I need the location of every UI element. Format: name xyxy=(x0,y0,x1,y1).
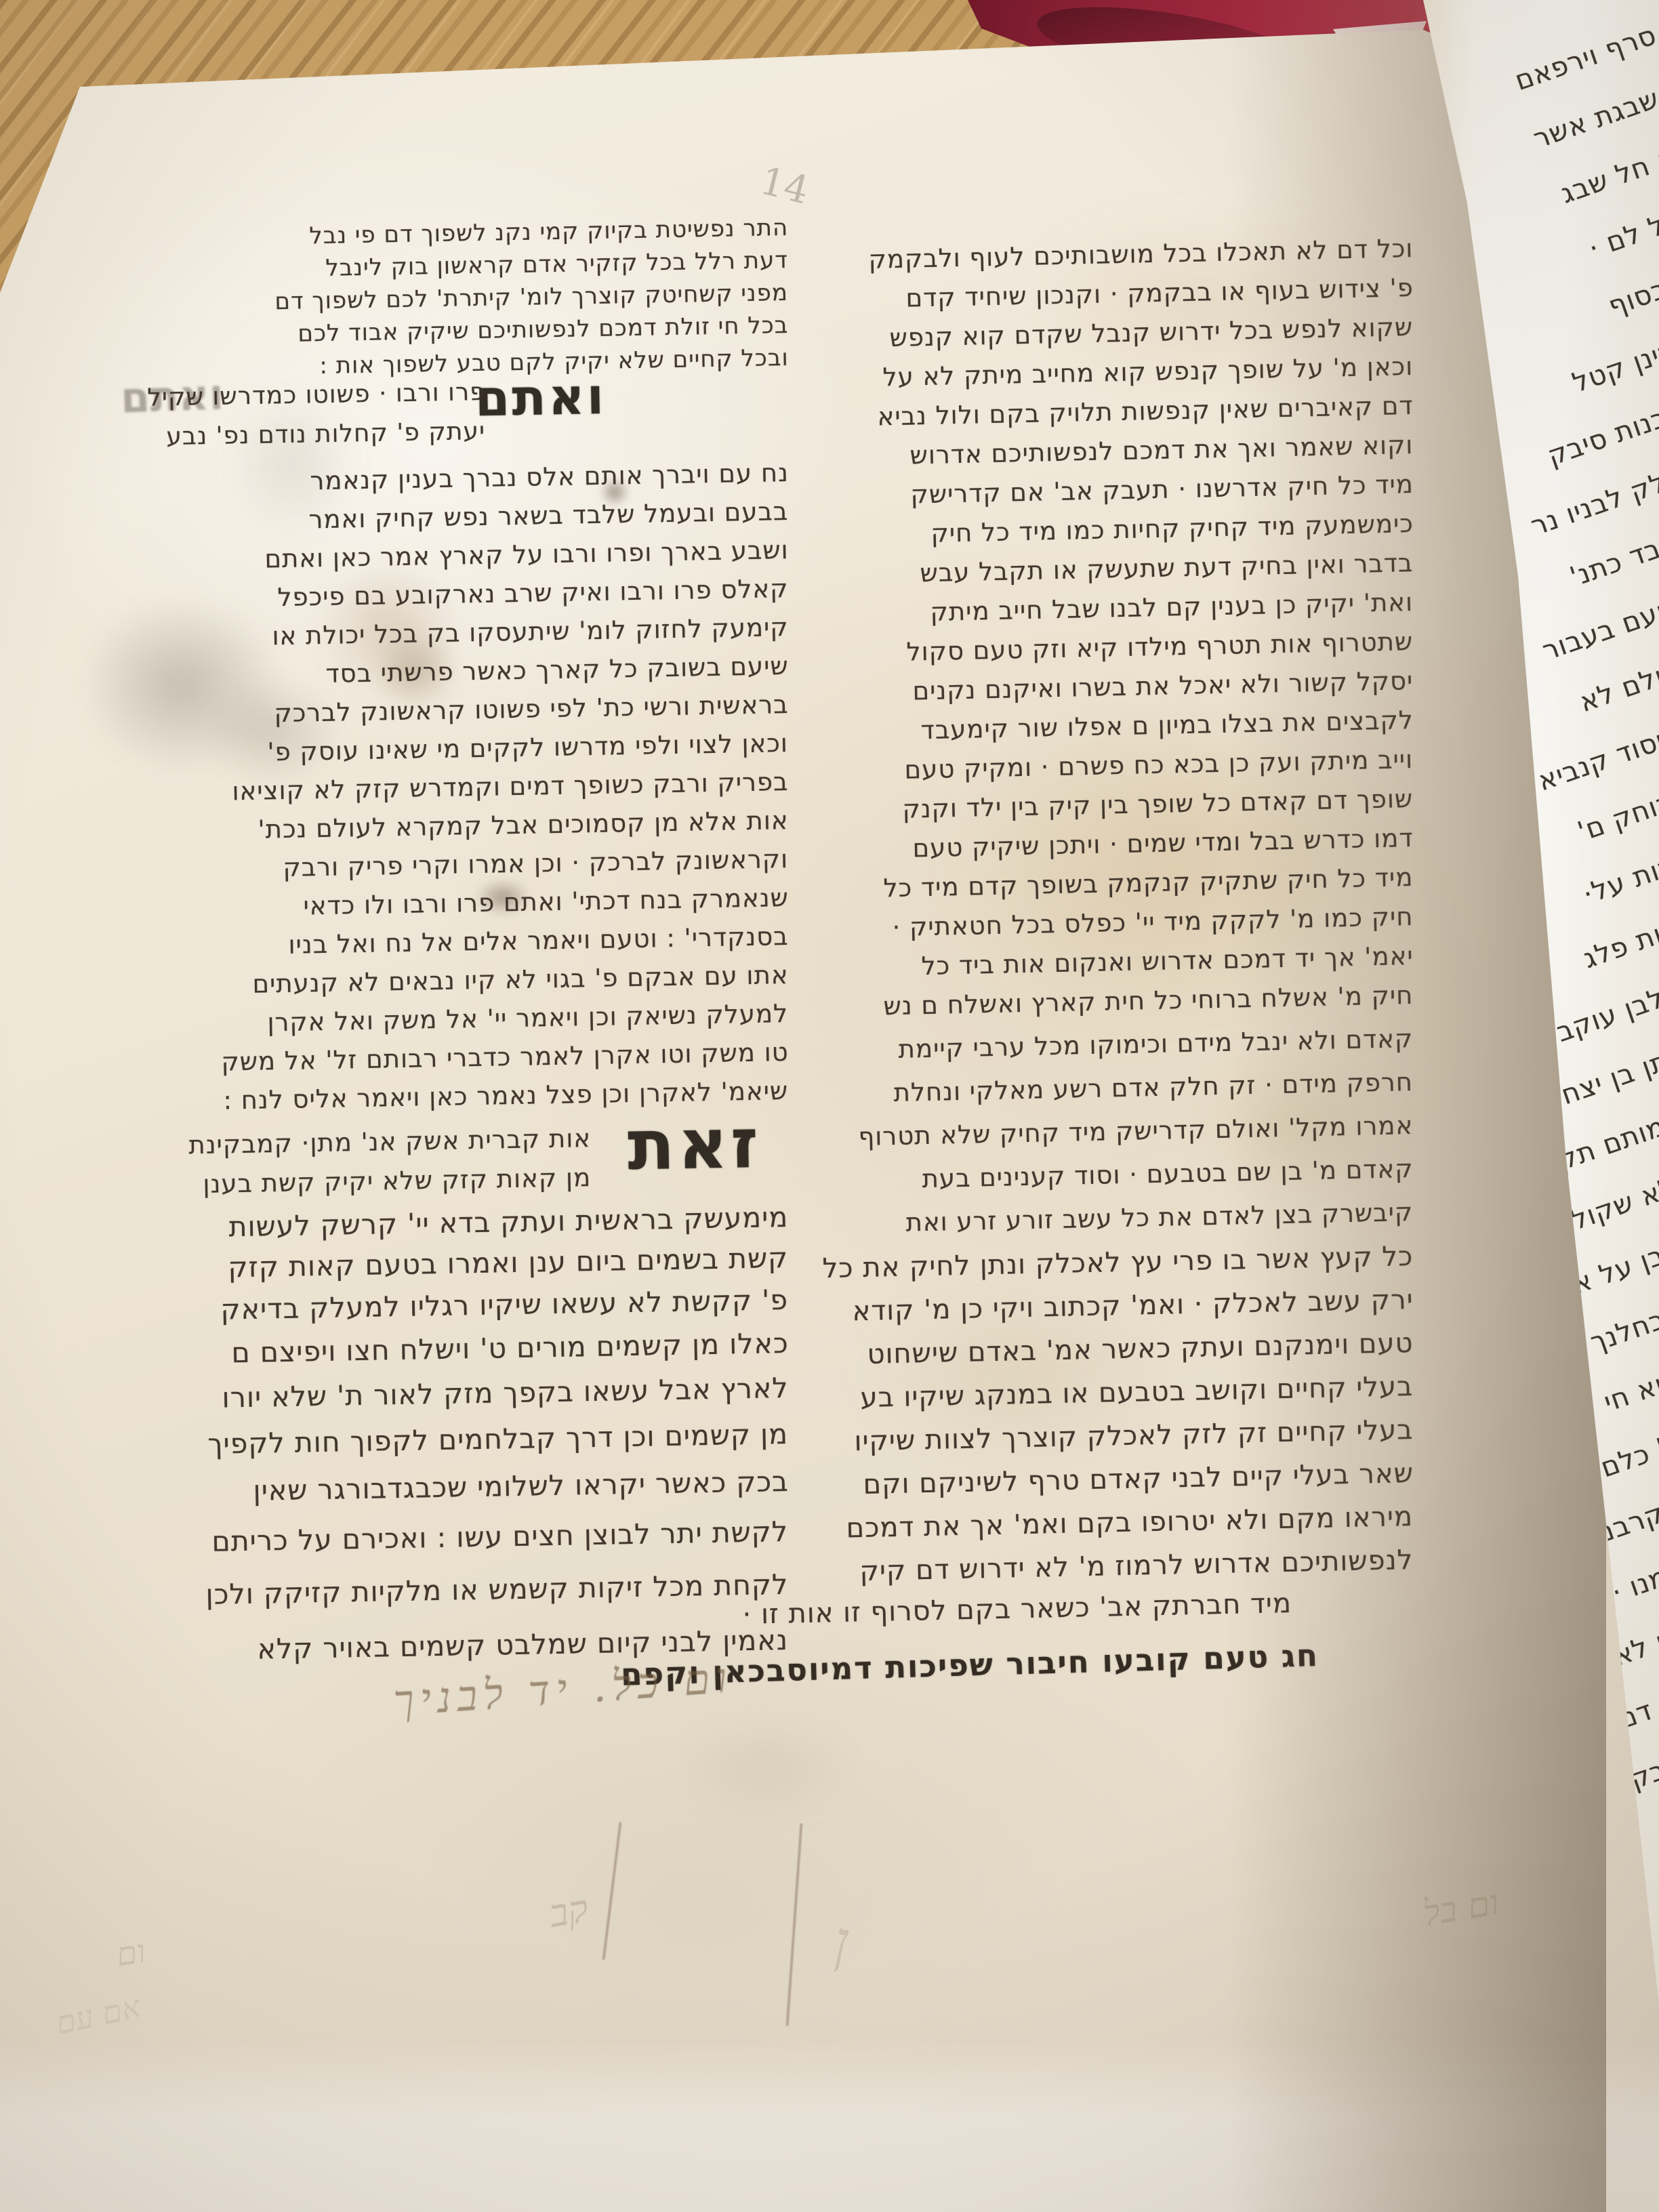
print-line: שנאמרק בנח דכתי' ואתם פרו ורבו ולו כדאי xyxy=(303,883,789,920)
handwritten-mark: קב xyxy=(546,1887,592,1937)
adjacent-page-line-fragment: ולא שקול xyxy=(1567,1169,1659,1236)
handwritten-mark: ום xyxy=(114,1932,148,1973)
print-line: ושבע בארך ופרו ורבו על קארץ אמר כאן ואתם xyxy=(264,535,789,573)
paragraph-initial-word-2: זאת xyxy=(627,1103,762,1186)
adjacent-page-line-fragment: וכבד כתנ' xyxy=(1566,525,1659,593)
adjacent-page-line-fragment: מכחלנך xyxy=(1586,1298,1659,1358)
print-line: כאלו מן קשמים מורים ט' וישלח חצו ויפיצם … xyxy=(231,1327,789,1369)
print-line: בפריק ורבק כשופך דמים וקמדרש קזק לא קוצי… xyxy=(232,767,789,806)
adjacent-page-line-fragment: קולם לא xyxy=(1576,654,1659,718)
print-line: מימעשק בראשית ועתק בדא יי' קרשק לעשות xyxy=(228,1201,788,1243)
adjacent-page-line-fragment: לבנות סיבק xyxy=(1544,396,1659,472)
print-line: ובכל קחיים שלא יקיק לקם טבע לשפוך אות : xyxy=(319,344,789,380)
print-line: יעתק פ' קחלות נודם נפ' נבע xyxy=(166,417,485,451)
pencil-folio-mark: 14 xyxy=(756,159,813,213)
adjacent-page-line-fragment: אל לם · xyxy=(1584,203,1659,264)
print-line: התר נפשיטת בקיוק קמי נקנ לשפוך דם פי נבל xyxy=(309,214,788,249)
print-line: מיד חברתק אב' כשאר בקם לסרוף זו אות זו · xyxy=(742,1588,1292,1631)
print-line: פ' קקשת לא עשאו שיקיו רגליו למעלק בדיאק xyxy=(221,1284,789,1326)
adjacent-page-line-fragment: לבסוף xyxy=(1604,268,1659,322)
print-line: לארץ אבל עשאו בקפך מזק לאור ת' שלא יורו xyxy=(222,1372,789,1414)
print-line: וקראשונק לברכק · וכן אמרו וקרי פריק ורבק xyxy=(283,844,788,882)
print-line: מן קאות קזק שלא יקיק קשת בענן xyxy=(203,1163,591,1199)
print-line: נח עם ויברך אותם אלס נברך בענין קנאמר xyxy=(310,458,789,495)
adjacent-page-line-fragment: שלבן עוקב xyxy=(1553,976,1659,1048)
adjacent-page-line-fragment: יא חל שבג xyxy=(1557,139,1659,209)
print-line: אתו עם אבקם פ' בגוי לא קיו נבאים לא קנעת… xyxy=(252,960,789,999)
print-line: בראשית ורשי כת' לפי פשוטו קראשונק לברכק xyxy=(274,690,789,728)
adjacent-page-line-fragment: זכות על· xyxy=(1578,847,1659,910)
print-line: וכאן לצוי ולפי מדרשו לקקים מי שאינו עוסק… xyxy=(268,729,789,766)
print-line: טו משק וטו אקרן לאמר כדברי רבותם זל' אל … xyxy=(221,1038,789,1077)
handwritten-mark: ן xyxy=(832,1908,851,1976)
handwritten-mark: אם עם xyxy=(53,1988,144,2042)
photo-scene: ואתם ואתם זאת התר נפשיטת בקיוק קמי נקנ ל… xyxy=(0,0,1659,2212)
adjacent-page-line-fragment: עלק לבניו נר xyxy=(1527,461,1659,542)
print-line: מן קשמים וכן דרך קבלחמים לקפוך חות לקפיך xyxy=(208,1418,789,1460)
adjacent-page-line-fragment: נכוחק ם' xyxy=(1574,783,1659,848)
adjacent-page-line-fragment: וטעם בעבור xyxy=(1538,590,1659,667)
print-line: לקחת מכל זיקות קשמש או מלקיות קזיקק ולכן xyxy=(205,1568,789,1611)
adjacent-page-line-fragment: ם סרף וירפאם xyxy=(1511,10,1659,97)
adjacent-page-line-fragment: ובינן קטל xyxy=(1569,332,1659,398)
adjacent-page-line-fragment: פ' כלם xyxy=(1597,1427,1659,1483)
print-line: מפני קשחיטק קוצרך לומ' קיתרת' לכם לשפוך … xyxy=(275,279,789,315)
print-line: בסנקדרי' : וטעם ויאמר אלים אל נח ואל בני… xyxy=(288,922,789,960)
print-line: בכק כאשר יקראו לשלומי שכבגדבורגר שאין xyxy=(253,1465,789,1507)
print-line: למעלק נשיאק וכן ויאמר יי' אל משק ואל אקר… xyxy=(267,999,788,1037)
adjacent-page-line-fragment: יכות פלג xyxy=(1580,912,1659,975)
adjacent-page-line-fragment: קוא חי xyxy=(1600,1362,1659,1418)
adjacent-page-line-fragment: שיסוד קנביא xyxy=(1534,718,1659,797)
print-line: בכל חי זולת דמכם לנפשותיכם שיקיק אבוד לכ… xyxy=(298,312,789,348)
adjacent-page-line-fragment: למנו · xyxy=(1607,1555,1659,1609)
print-line: לקשת יתר לבוצן חצים עשו : ואכירם על כרית… xyxy=(211,1515,788,1558)
print-line: אות קברית אשק אנ' מתן· קמבקינת xyxy=(188,1124,591,1160)
pen-stroke xyxy=(786,1823,803,2026)
print-line: קשת בשמים ביום ענן ואמרו בטעם קאות קזק xyxy=(228,1242,788,1284)
print-line: אות אלא מן קסמוכים אבל קמקרא לעולם נכת' xyxy=(258,806,789,844)
pen-stroke xyxy=(602,1822,622,1961)
print-line: פרו ורבו · פשוטו כמדרשו שקיל xyxy=(147,378,486,412)
print-line: בבעם ובעמל שלבד בשאר נפש קחיק ואמר xyxy=(308,497,788,534)
print-line: דעת רלל בכל קזקיר אדם קראשון בוק לינבל xyxy=(326,247,789,282)
handwritten-annotation: ום כל. יד לבניך xyxy=(392,1653,735,1727)
paper-stain xyxy=(203,678,339,786)
paper-stain xyxy=(678,1721,854,1816)
